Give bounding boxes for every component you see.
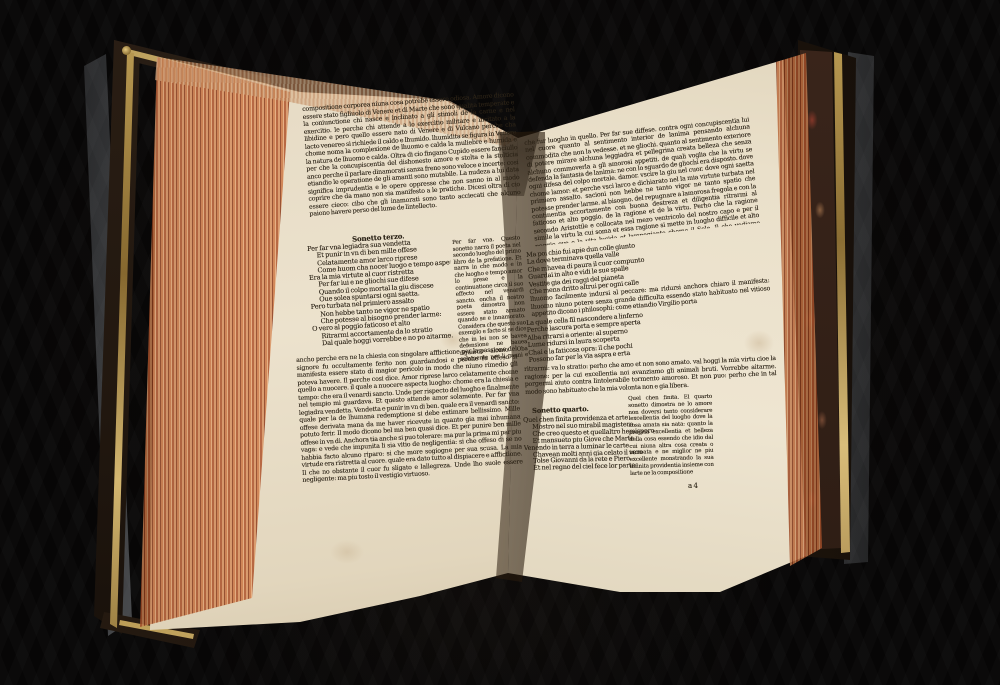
- quire-signature-mark: a 4: [688, 482, 698, 490]
- foxing-stain: [744, 330, 774, 356]
- sonnet-terzo-block: Per far vna legiadra sua vendetta Et pun…: [307, 237, 455, 348]
- left-page-bottom-paragraph: ancho perche era ne la chiesia con singo…: [296, 345, 524, 493]
- left-page-top-paragraph: compositione corporea niuna cosa potrebe…: [302, 91, 523, 235]
- foxing-stain: [330, 540, 364, 564]
- photo-stage: compositione corporea niuna cosa potrebe…: [0, 0, 1000, 685]
- gilt-corner-rosette: [122, 46, 131, 55]
- right-page-side-commentary: Quel chen finita. El quarto sonetto dimo…: [628, 394, 714, 489]
- left-page-side-commentary: Per far vna. Questo sonetto narra il poe…: [452, 235, 528, 361]
